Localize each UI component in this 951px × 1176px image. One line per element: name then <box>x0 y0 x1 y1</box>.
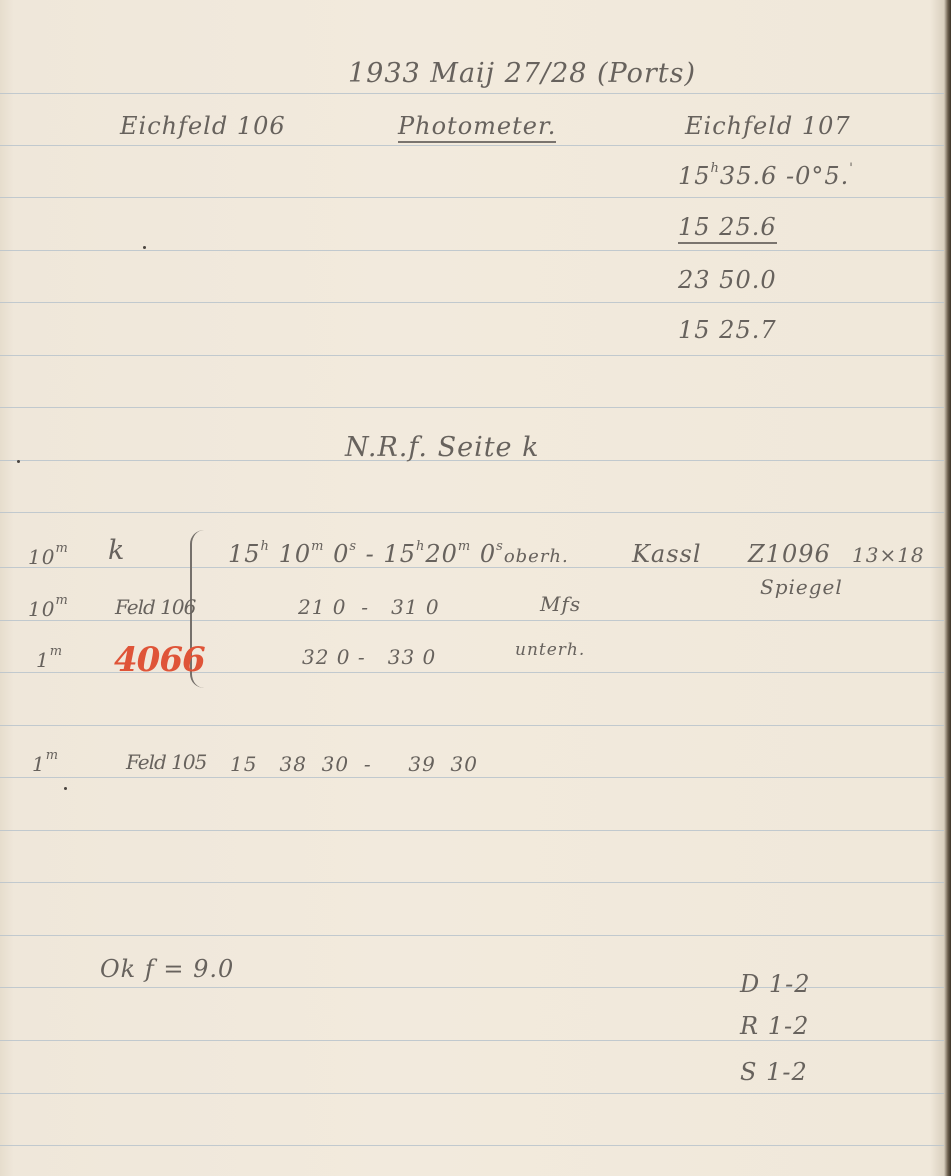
rating-r-label: R <box>740 1012 759 1040</box>
coord-hours: 15 <box>678 162 711 190</box>
coord-hours-sup: h <box>711 161 720 176</box>
obs1-end-m: 20 <box>425 540 458 568</box>
rule-line <box>0 197 944 198</box>
obs3-field-red: 4066 <box>114 640 205 680</box>
date-heading: 1933 Maij 27/28 (Ports) <box>348 58 696 89</box>
rule-line <box>0 407 944 408</box>
rating-s-value: 1-2 <box>766 1058 808 1086</box>
obs2-note: Mfs <box>540 592 581 616</box>
rule-line <box>0 935 944 936</box>
rating-s: S 1-2 <box>740 1058 808 1086</box>
rule-line <box>0 725 944 726</box>
obs1-dash: - <box>366 540 375 568</box>
obs2-exposure-value: 10 <box>28 597 55 621</box>
obs3-range: 32 0 - 33 0 <box>302 645 436 669</box>
obs1-camera: Kassl <box>632 540 702 568</box>
eichfeld-107-coords: 15h35.6 -0°5.' <box>678 162 854 190</box>
rule-line <box>0 1145 944 1146</box>
obs1-plate-size: 13×18 <box>852 543 925 567</box>
rule-line <box>0 93 944 94</box>
photometer-label: Photometer. <box>398 112 556 143</box>
eichfeld-107-row4: 15 25.7 <box>678 316 777 344</box>
obs1-start-m: 10 <box>279 540 312 568</box>
obs2-range: 21 0 - 31 0 <box>298 595 440 619</box>
obs1-exposure-value: 10 <box>28 545 55 569</box>
obs1-start-s: 0 <box>333 540 349 568</box>
rating-d-value: 1-2 <box>769 970 811 998</box>
coord-row2-text: 15 25.6 <box>678 213 777 244</box>
obs4-range: 15 38 30 - 39 30 <box>230 752 478 776</box>
obs1-time-range: 15h 10m 0s - 15h20m 0soberh. <box>228 540 569 568</box>
rating-r-value: 1-2 <box>768 1012 810 1040</box>
obs1-plate: Z1096 <box>748 540 831 568</box>
obs1-end-h-unit: h <box>416 539 425 554</box>
rating-s-label: S <box>740 1058 757 1086</box>
rule-line <box>0 512 944 513</box>
obs1-end-h: 15 <box>383 540 416 568</box>
rule-line <box>0 1093 944 1094</box>
coord-dec: -0°5. <box>786 162 849 190</box>
eichfeld-107-row3: 23 50.0 <box>678 266 777 294</box>
rating-r: R 1-2 <box>740 1012 809 1040</box>
obs2-exposure-unit: m <box>55 593 68 608</box>
obs1-end-s: 0 <box>480 540 496 568</box>
obs1-end-m-unit: m <box>458 539 471 554</box>
rule-line <box>0 620 944 621</box>
obs1-note: oberh. <box>504 546 569 567</box>
obs1-start-h-unit: h <box>261 539 270 554</box>
notebook-page: 1933 Maij 27/28 (Ports) Eichfeld 106 Pho… <box>0 0 951 1176</box>
obs1-start-s-unit: s <box>349 539 357 554</box>
ok-focal-line: Ok f = 9.0 <box>100 955 234 983</box>
rule-line <box>0 302 944 303</box>
eichfeld-107-label: Eichfeld 107 <box>685 112 851 140</box>
rule-line <box>0 830 944 831</box>
obs1-end-s-unit: s <box>496 539 504 554</box>
section-title: N.R.f. Seite k <box>345 432 539 463</box>
obs1-plate-note: Spiegel <box>760 575 843 599</box>
coord-ra: 35.6 <box>720 162 777 190</box>
rule-line <box>0 882 944 883</box>
pencil-dot <box>17 460 20 463</box>
obs1-exposure: 10m <box>28 545 69 569</box>
rating-d-label: D <box>740 970 760 998</box>
photometer-heading: Photometer. <box>398 112 556 140</box>
obs4-field: Feld 105 <box>126 750 206 774</box>
obs3-exposure: 1m <box>36 648 63 672</box>
obs4-exposure-value: 1 <box>32 752 46 776</box>
rule-line <box>0 1040 944 1041</box>
obs1-start-m-unit: m <box>311 539 324 554</box>
pencil-dot <box>64 787 67 790</box>
rule-line <box>0 250 944 251</box>
obs2-exposure: 10m <box>28 597 69 621</box>
eichfeld-107-row2: 15 25.6 <box>678 213 777 241</box>
obs2-field: Feld 106 <box>115 595 195 619</box>
eichfeld-106-label: Eichfeld 106 <box>120 112 286 140</box>
obs1-exposure-unit: m <box>55 541 68 556</box>
rule-line <box>0 145 944 146</box>
obs1-field: k <box>108 535 125 566</box>
coord-dec-sup: ' <box>849 161 854 176</box>
obs3-exposure-unit: m <box>50 644 63 659</box>
rule-line <box>0 777 944 778</box>
rating-d: D 1-2 <box>740 970 811 998</box>
obs4-exposure-unit: m <box>46 748 59 763</box>
pencil-dot <box>143 246 146 249</box>
obs4-exposure: 1m <box>32 752 59 776</box>
rule-line <box>0 355 944 356</box>
obs3-exposure-value: 1 <box>36 648 50 672</box>
obs1-start-h: 15 <box>228 540 261 568</box>
obs3-note: unterh. <box>515 640 585 660</box>
